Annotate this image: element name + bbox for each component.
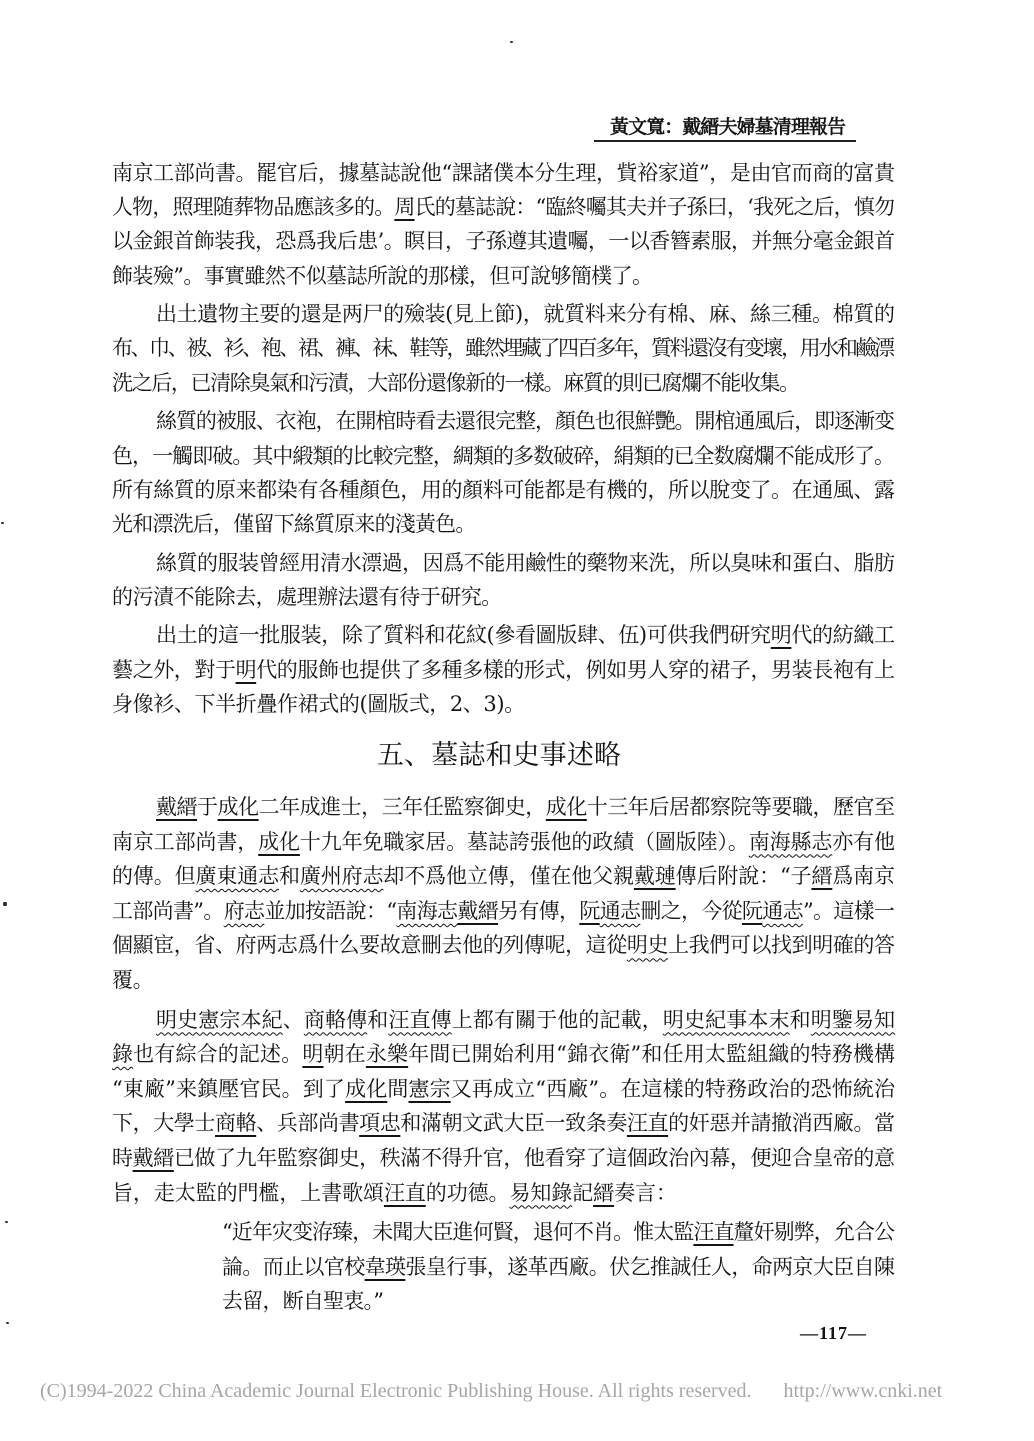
text-line: 南京工部尚書。罷官后，據墓誌說他“課諸僕本分生理，貲裕家道”，是由官而商的富貴 bbox=[112, 156, 895, 190]
cnki-copyright-footer: (C)1994-2022 China Academic Journal Elec… bbox=[40, 1380, 942, 1403]
block-quote: “近年灾变洊臻，未聞大臣進何賢，退何不肖。惟太監汪直釐奸剔弊，允合公論。而止以官… bbox=[222, 1215, 895, 1319]
book-title-mark: 廣州府志 bbox=[300, 864, 384, 888]
proper-noun-mark: 明 bbox=[302, 1042, 323, 1066]
journal-page: 黃文寬：戴縉夫婦墓清理報告 南京工部尚書。罷官后，據墓誌說他“課諸僕本分生理，貲… bbox=[0, 0, 1034, 1441]
paragraph: 戴縉于成化二年成進士，三年任監察御史，成化十三年后居都察院等要職，歷官至南京工部… bbox=[112, 790, 895, 998]
proper-noun-mark: 成化 bbox=[258, 830, 300, 854]
proper-noun-mark: 周 bbox=[394, 195, 414, 219]
text-line: 洗之后，已清除臭氣和污漬，大部份還像新的一樣。麻質的則已腐爛不能收集。 bbox=[112, 366, 895, 400]
text-line: “近年灾变洊臻，未聞大臣進何賢，退何不肖。惟太監汪直釐奸剔弊，允合公 bbox=[222, 1215, 895, 1250]
book-title-mark: 明鑒易知 bbox=[811, 1008, 895, 1032]
book-title-mark: 廣東通志 bbox=[196, 864, 280, 888]
book-title-mark: 明史 bbox=[627, 933, 668, 957]
book-title-mark: 商輅傳 bbox=[304, 1008, 367, 1032]
body-text-section-5: 戴縉于成化二年成進士，三年任監察御史，成化十三年后居都察院等要職，歷官至南京工部… bbox=[112, 790, 895, 1319]
proper-noun-mark: 明 bbox=[236, 658, 257, 682]
copyright-text: (C)1994-2022 China Academic Journal Elec… bbox=[40, 1380, 752, 1402]
text-line: 身像衫、下半折疊作裙式的(圖版弍，2、3)。 bbox=[112, 687, 895, 721]
text-line: 絲質的服装曾經用清水漂過，因爲不能用鹼性的藥物来洗，所以臭味和蛋白、脂肪 bbox=[112, 546, 895, 580]
paragraph: 絲質的被服、衣袍，在開棺時看去還很完整，顏色也很鮮艷。開棺通風后，即逐漸变色，一… bbox=[112, 404, 895, 541]
proper-noun-mark: 阮 bbox=[742, 899, 762, 923]
text-line: 布、巾、被、衫、袍、裙、褲、袜、鞋等，雖然埋藏了四百多年，質料還沒有变壞，用水和… bbox=[112, 331, 895, 365]
scan-artifact bbox=[6, 1322, 9, 1324]
book-title-mark: 錄 bbox=[112, 1042, 133, 1066]
body-text-section-4-end: 南京工部尚書。罷官后，據墓誌說他“課諸僕本分生理，貲裕家道”，是由官而商的富貴人… bbox=[112, 156, 895, 721]
proper-noun-mark: 憲宗 bbox=[408, 1077, 450, 1101]
book-title-mark: 南海志 bbox=[396, 899, 457, 923]
text-line: 的污漬不能除去，處理辦法還有待于研究。 bbox=[112, 580, 895, 614]
proper-noun-mark: 商輅 bbox=[215, 1111, 256, 1135]
page-number: —117— bbox=[800, 1323, 867, 1344]
text-line: 色，一觸即破。其中緞類的比較完整，綢類的多数破碎，絹類的已全数腐爛不能成形了。 bbox=[112, 439, 895, 473]
text-line: 工部尚書”。府志並加按語說：“南海志戴縉另有傳，阮通志刪之，今從阮通志”。這樣一 bbox=[112, 894, 895, 929]
text-line: 的傳。但廣東通志和廣州府志却不爲他立傳，僅在他父親戴璉傳后附說：“子縉爲南京 bbox=[112, 859, 895, 894]
text-line: 覆。 bbox=[112, 963, 895, 998]
text-line: 人物，照理随葬物品應該多的。周氏的墓誌說：“臨終囑其夫并子孫曰，‘我死之后，慎勿 bbox=[112, 190, 895, 224]
text-line: 去留，断自聖衷。” bbox=[222, 1284, 895, 1319]
text-line: 出土遺物主要的還是两尸的殮装(見上節)，就質料来分有棉、麻、絲三種。棉質的 bbox=[112, 297, 895, 331]
book-title-mark: 明史紀事本末 bbox=[663, 1008, 790, 1032]
text-line: 絲質的被服、衣袍，在開棺時看去還很完整，顏色也很鮮艷。開棺通風后，即逐漸变 bbox=[112, 404, 895, 438]
text-line: 個顯宦，省、府两志爲什么要故意刪去他的列傳呢，這從明史上我們可以找到明確的答 bbox=[112, 928, 895, 963]
scan-artifact bbox=[3, 902, 7, 906]
header-rule bbox=[594, 140, 856, 142]
proper-noun-mark: 成化 bbox=[345, 1077, 387, 1101]
text-line: 飾装殮”。事實雖然不似墓誌所說的那樣，但可說够簡樸了。 bbox=[112, 259, 895, 293]
text-line: 所有絲質的原来都染有各種顏色，用的顏料可能都是有機的，所以脫变了。在通風、露 bbox=[112, 473, 895, 507]
text-line: 錄也有綜合的記述。明朝在永樂年間已開始利用“錦衣衛”和任用太監組織的特務機構 bbox=[112, 1037, 895, 1072]
section-heading-text: 五、墓誌和史事述略 bbox=[377, 736, 621, 776]
text-line: 下，大學士商輅、兵部尚書項忠和滿朝文武大臣一致条奏汪直的奸惡并請撤消西廠。當 bbox=[112, 1106, 895, 1141]
scan-artifact bbox=[1, 522, 4, 524]
text-line: 論。而止以官校韋瑛張皇行事，遂革西廠。伏乞推誠任人，命两京大臣自陳 bbox=[222, 1250, 895, 1285]
proper-noun-mark: 成化 bbox=[218, 795, 259, 819]
text-line: 明史憲宗本紀、商輅傳和汪直傳上都有關于他的記載，明史紀事本末和明鑒易知 bbox=[112, 1003, 895, 1038]
proper-noun-mark: 縉 bbox=[811, 864, 832, 888]
paragraph: 出土的這一批服装，除了質料和花紋(參看圖版肆、伍)可供我們研究明代的紡織工藝之外… bbox=[112, 618, 895, 721]
proper-noun-mark: 阮 bbox=[579, 899, 599, 923]
footer-url: http://www.cnki.net bbox=[784, 1380, 943, 1402]
text-line: “東廠”来鎮壓官民。到了成化間憲宗又再成立“西廠”。在這樣的特務政治的恐怖統治 bbox=[112, 1072, 895, 1107]
text-line: 旨，走太監的門檻，上書歌頌汪直的功德。易知錄記縉奏言： bbox=[112, 1176, 895, 1211]
proper-noun-mark: 戴璉 bbox=[634, 864, 676, 888]
text-line: 以金銀首飾装我，恐爲我后患’。瞑目，子孫遵其遺囑，一以香簪素服，并無分毫金銀首 bbox=[112, 224, 895, 258]
text-line: 時戴縉已做了九年監察御史，秩滿不得升官，他看穿了這個政治內幕，便迎合皇帝的意 bbox=[112, 1141, 895, 1176]
proper-noun-mark: 戴縉 bbox=[457, 899, 498, 923]
proper-noun-mark: 縉 bbox=[593, 1181, 614, 1205]
paragraph: 出土遺物主要的還是两尸的殮装(見上節)，就質料来分有棉、麻、絲三種。棉質的布、巾… bbox=[112, 297, 895, 400]
proper-noun-mark: 汪直 bbox=[627, 1111, 668, 1135]
text-line: 光和漂洗后，僅留下絲質原来的淺黃色。 bbox=[112, 507, 895, 541]
book-title-mark: 南海縣志 bbox=[749, 830, 833, 854]
book-title-mark: 通志 bbox=[600, 899, 641, 923]
proper-noun-mark: 明 bbox=[771, 623, 792, 647]
scan-artifact bbox=[5, 1221, 8, 1223]
paragraph: 明史憲宗本紀、商輅傳和汪直傳上都有關于他的記載，明史紀事本末和明鑒易知錄也有綜合… bbox=[112, 1003, 895, 1211]
proper-noun-mark: 戴縉 bbox=[133, 1146, 174, 1170]
text-line: 南京工部尚書，成化十九年免職家居。墓誌誇張他的政績（圖版陸）。南海縣志亦有他 bbox=[112, 825, 895, 860]
proper-noun-mark: 項忠 bbox=[359, 1111, 400, 1135]
running-header: 黃文寬：戴縉夫婦墓清理報告 bbox=[610, 114, 846, 140]
book-title-mark: 易知錄 bbox=[509, 1181, 572, 1205]
text-line: 出土的這一批服装，除了質料和花紋(參看圖版肆、伍)可供我們研究明代的紡織工 bbox=[112, 618, 895, 652]
paragraph: 南京工部尚書。罷官后，據墓誌說他“課諸僕本分生理，貲裕家道”，是由官而商的富貴人… bbox=[112, 156, 895, 293]
book-title-mark: 府志 bbox=[224, 899, 265, 923]
proper-noun-mark: 成化 bbox=[546, 795, 587, 819]
paragraph: 絲質的服装曾經用清水漂過，因爲不能用鹼性的藥物来洗，所以臭味和蛋白、脂肪的污漬不… bbox=[112, 546, 895, 614]
proper-noun-mark: 韋瑛 bbox=[365, 1255, 406, 1279]
scan-artifact bbox=[510, 41, 513, 43]
book-title-mark: 通志 bbox=[762, 899, 803, 923]
proper-noun-mark: 永樂 bbox=[366, 1042, 408, 1066]
text-line: 藝之外，對于明代的服飾也提供了多種多樣的形式，例如男人穿的裙子，男装長袍有上 bbox=[112, 653, 895, 687]
book-title-mark: 明史憲宗本紀 bbox=[156, 1008, 283, 1032]
proper-noun-mark: 戴縉 bbox=[156, 795, 197, 819]
proper-noun-mark: 汪直 bbox=[693, 1220, 733, 1244]
proper-noun-mark: 汪直 bbox=[384, 1181, 426, 1205]
text-line: 戴縉于成化二年成進士，三年任監察御史，成化十三年后居都察院等要職，歷官至 bbox=[112, 790, 895, 825]
running-header-title: 黃文寬：戴縉夫婦墓清理報告 bbox=[610, 114, 845, 140]
book-title-mark: 汪直傳 bbox=[388, 1008, 451, 1032]
section-heading: 五、墓誌和史事述略 bbox=[377, 736, 621, 776]
